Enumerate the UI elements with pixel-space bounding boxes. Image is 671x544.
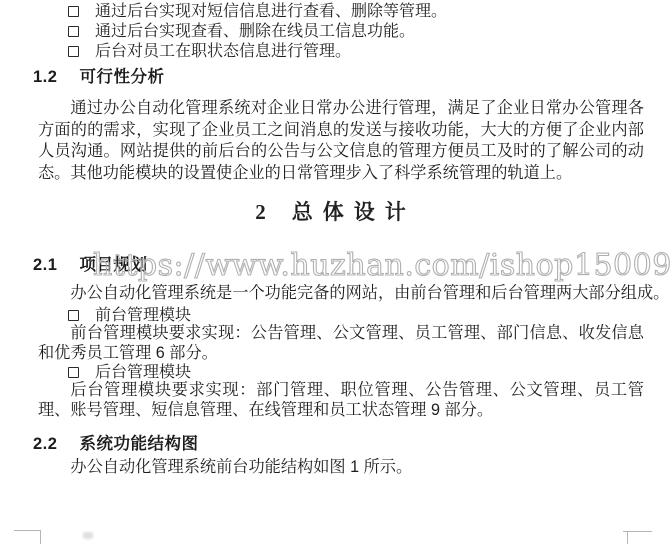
section-heading-feasibility: 1.2可行性分析	[33, 63, 164, 87]
list-item-text: 前台管理模块	[95, 306, 191, 326]
chapter-title: 总体设计	[292, 200, 416, 224]
checkbox-square-icon	[68, 367, 79, 378]
list-item-text: 后台管理模块	[95, 363, 191, 383]
section-heading-project-plan: 2.1项目规划	[33, 251, 147, 275]
section-title: 项目规划	[79, 256, 147, 274]
checkbox-square-icon	[68, 310, 79, 321]
list-item-text: 后台对员工在职状态信息进行管理。	[95, 42, 351, 62]
list-item-text: 通过后台实现对短信信息进行查看、删除等管理。	[95, 2, 447, 22]
checkbox-square-icon	[68, 6, 79, 17]
document-page: 通过后台实现对短信信息进行查看、删除等管理。 通过后台实现查看、删除在线员工信息…	[0, 0, 671, 544]
checkbox-square-icon	[68, 26, 79, 37]
paragraph-feasibility: 通过办公自动化管理系统对企业日常办公进行管理，满足了企业日常办公管理各方面的的需…	[38, 98, 644, 184]
page-margin-mark-bottom-left	[40, 530, 41, 544]
paragraph-plan-intro: 办公自动化管理系统是一个功能完备的网站，由前台管理和后台管理两大部分组成。	[38, 283, 669, 305]
list-item: 通过后台实现查看、删除在线员工信息功能。	[68, 22, 415, 42]
list-item-back-module: 后台管理模块	[68, 363, 191, 383]
section-number: 1.2	[33, 68, 57, 87]
chapter-number: 2	[255, 200, 266, 225]
paragraph-back-module: 后台管理模块要求实现：部门管理、职位管理、公告管理、公文管理、员工管理、账号管理…	[38, 381, 644, 420]
checkbox-square-icon	[68, 46, 79, 57]
section-number: 2.1	[33, 256, 57, 275]
page-margin-mark-bottom-left	[14, 530, 41, 531]
section-title: 系统功能结构图	[79, 435, 198, 453]
list-item-front-module: 前台管理模块	[68, 306, 191, 326]
chapter-heading-overall-design: 2总体设计	[0, 196, 671, 226]
section-number: 2.2	[33, 435, 57, 454]
section-title: 可行性分析	[79, 68, 164, 86]
paragraph-structure: 办公自动化管理系统前台功能结构如图 1 所示。	[38, 457, 412, 479]
paragraph-front-module: 前台管理模块要求实现：公告管理、公文管理、员工管理、部门信息、收发信息和优秀员工…	[38, 324, 644, 363]
section-heading-structure: 2.2系统功能结构图	[33, 430, 198, 454]
watermark-url: https://www.huzhan.com/ishop15009	[93, 249, 653, 283]
list-item: 后台对员工在职状态信息进行管理。	[68, 42, 351, 62]
list-item: 通过后台实现对短信信息进行查看、删除等管理。	[68, 2, 447, 22]
scan-artifact	[83, 532, 93, 539]
list-item-text: 通过后台实现查看、删除在线员工信息功能。	[95, 22, 415, 42]
page-margin-mark-bottom-right	[627, 531, 628, 544]
